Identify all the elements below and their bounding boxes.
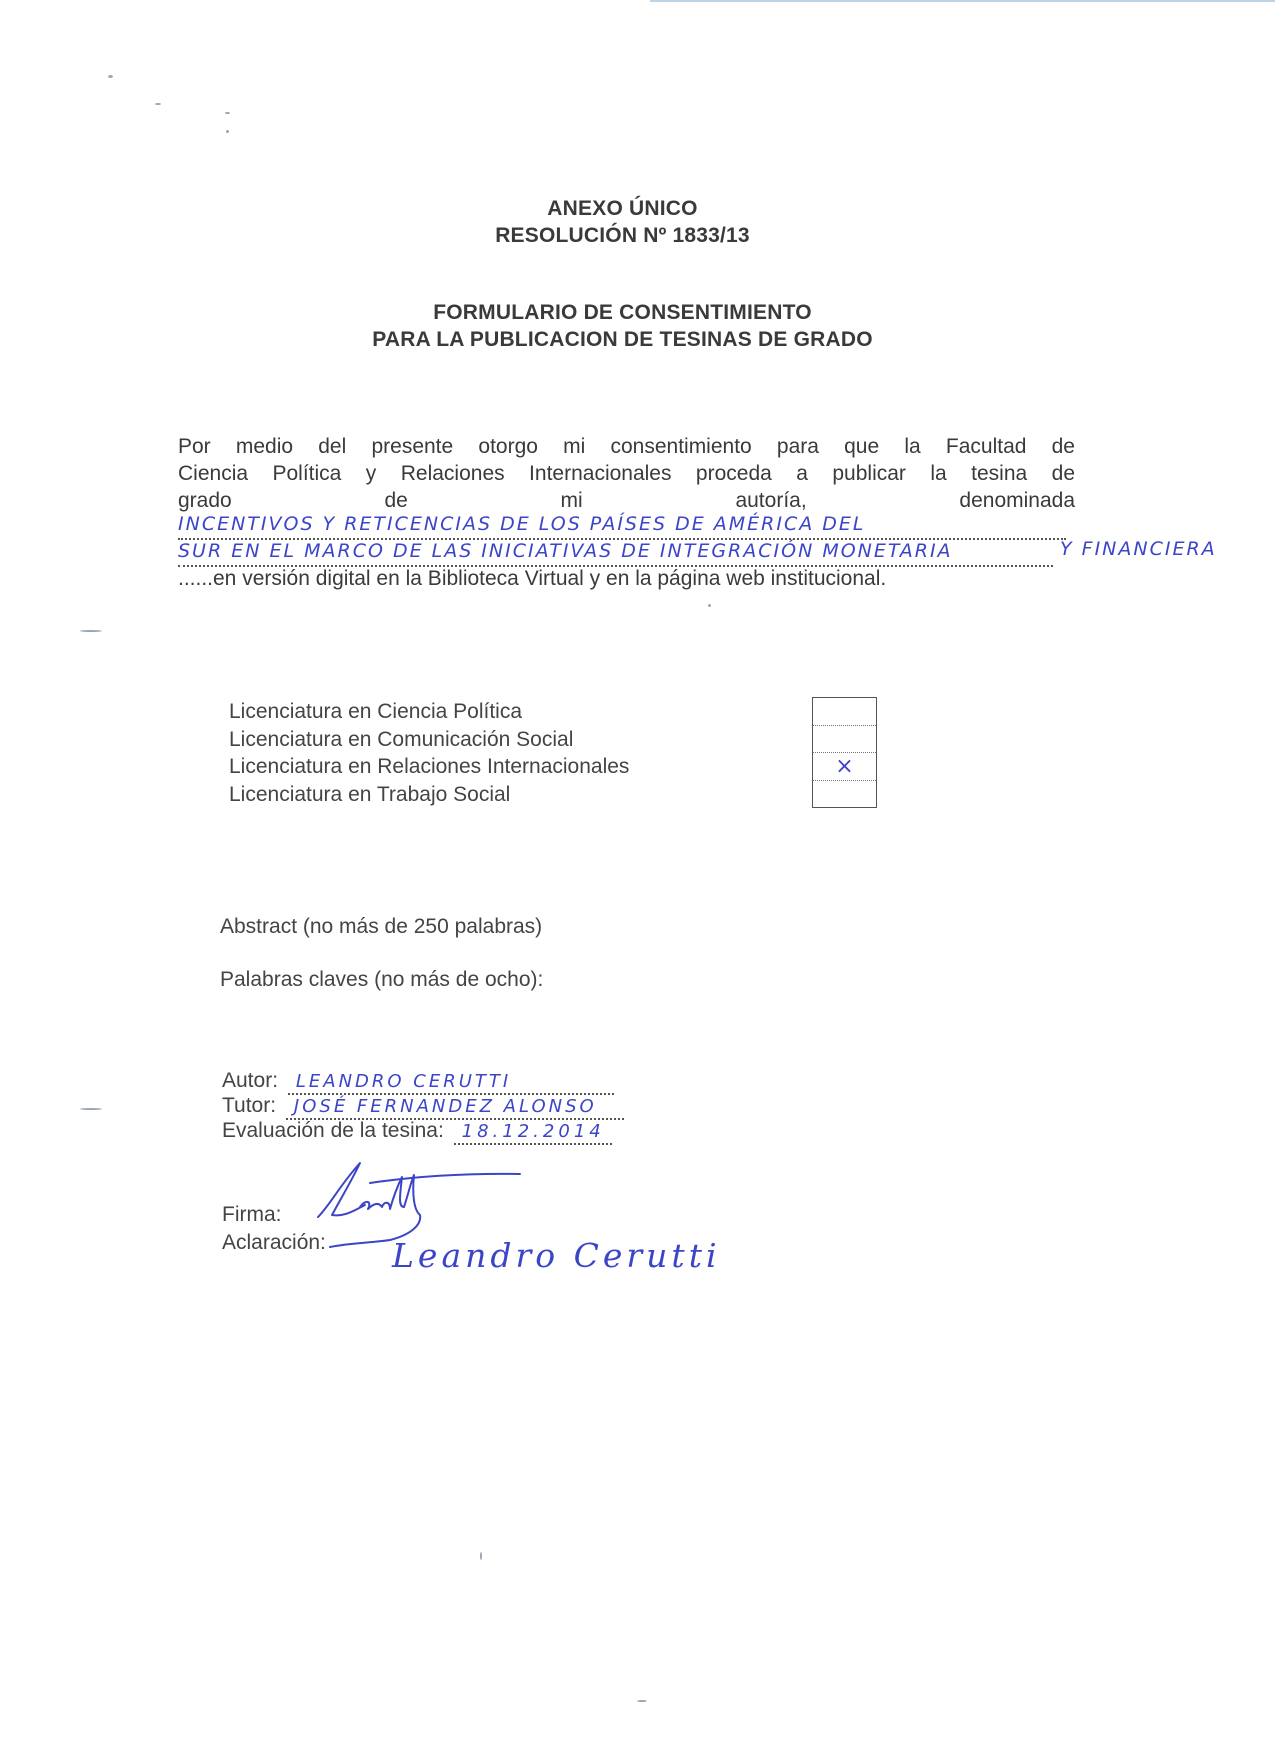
scan-speck: [80, 630, 102, 632]
scanned-form-page: ANEXO ÚNICO RESOLUCIÓN Nº 1833/13 FORMUL…: [0, 0, 1275, 1755]
consent-word: grado: [178, 488, 232, 515]
abstract-label: Abstract (no más de 250 palabras): [220, 915, 542, 939]
form-title-line1: FORMULARIO DE CONSENTIMIENTO: [0, 300, 1245, 326]
evaluation-date-field[interactable]: 18.12.2014: [454, 1121, 612, 1145]
scan-speck: [80, 1108, 102, 1110]
resolution-number: RESOLUCIÓN Nº 1833/13: [0, 223, 1245, 249]
consent-word: de: [384, 488, 407, 515]
tutor-field[interactable]: JOSÉ FERNANDEZ ALONSO: [286, 1096, 624, 1120]
scan-speck: [108, 75, 113, 78]
consent-word: mi: [561, 488, 583, 515]
tutor-label: Tutor:: [222, 1093, 276, 1118]
degree-label-relaciones-internacionales: Licenciatura en Relaciones Internacional…: [229, 753, 629, 781]
consent-text-line3: grado de mi autoría, denominada: [178, 488, 1075, 515]
scan-speck: [225, 112, 230, 114]
author-label: Autor:: [222, 1068, 278, 1093]
consent-word: autoría,: [735, 488, 806, 515]
clarification-field[interactable]: Leandro Cerutti: [392, 1236, 721, 1275]
evaluation-label: Evaluación de la tesina:: [222, 1118, 444, 1143]
degree-label-comunicacion-social: Licenciatura en Comunicación Social: [229, 726, 629, 754]
scan-edge-line: [650, 0, 1275, 2]
thesis-title-field-line1[interactable]: INCENTIVOS Y RETICENCIAS DE LOS PAÍSES D…: [178, 512, 1066, 540]
scan-speck: [637, 1700, 647, 1702]
consent-closing-text: ......en versión digital en la Bibliotec…: [178, 567, 886, 591]
form-title-line2: PARA LA PUBLICACION DE TESINAS DE GRADO: [0, 327, 1245, 353]
scan-speck: [155, 103, 161, 105]
checkbox-comunicacion-social[interactable]: [813, 726, 876, 754]
degree-checkbox-column: ×: [812, 697, 877, 808]
checkbox-trabajo-social[interactable]: [813, 781, 876, 808]
consent-text-line1: Por medio del presente otorgo mi consent…: [178, 434, 1075, 461]
keywords-label: Palabras claves (no más de ocho):: [220, 968, 543, 992]
thesis-title-overflow: Y FINANCIERA: [1060, 538, 1217, 560]
evaluation-row: Evaluación de la tesina: 18.12.2014: [222, 1118, 612, 1143]
tutor-row: Tutor: JOSÉ FERNANDEZ ALONSO: [222, 1093, 624, 1118]
author-field[interactable]: LEANDRO CERUTTI: [288, 1071, 614, 1095]
signature-label: Firma:: [222, 1203, 282, 1227]
consent-word: denominada: [959, 488, 1075, 515]
annex-title: ANEXO ÚNICO: [0, 196, 1245, 222]
scan-speck: [226, 130, 229, 133]
consent-text-line2: Ciencia Política y Relaciones Internacio…: [178, 461, 1075, 488]
degree-label-trabajo-social: Licenciatura en Trabajo Social: [229, 781, 629, 809]
degree-list: Licenciatura en Ciencia Política Licenci…: [229, 698, 629, 808]
thesis-title-field-line2[interactable]: SUR EN EL MARCO DE LAS INICIATIVAS DE IN…: [178, 539, 1053, 567]
author-row: Autor: LEANDRO CERUTTI: [222, 1068, 614, 1093]
scan-speck: [480, 1552, 482, 1560]
checkbox-relaciones-internacionales[interactable]: ×: [813, 753, 876, 781]
scan-speck: [708, 604, 711, 607]
checkbox-ciencia-politica[interactable]: [813, 698, 876, 726]
degree-label-ciencia-politica: Licenciatura en Ciencia Política: [229, 698, 629, 726]
